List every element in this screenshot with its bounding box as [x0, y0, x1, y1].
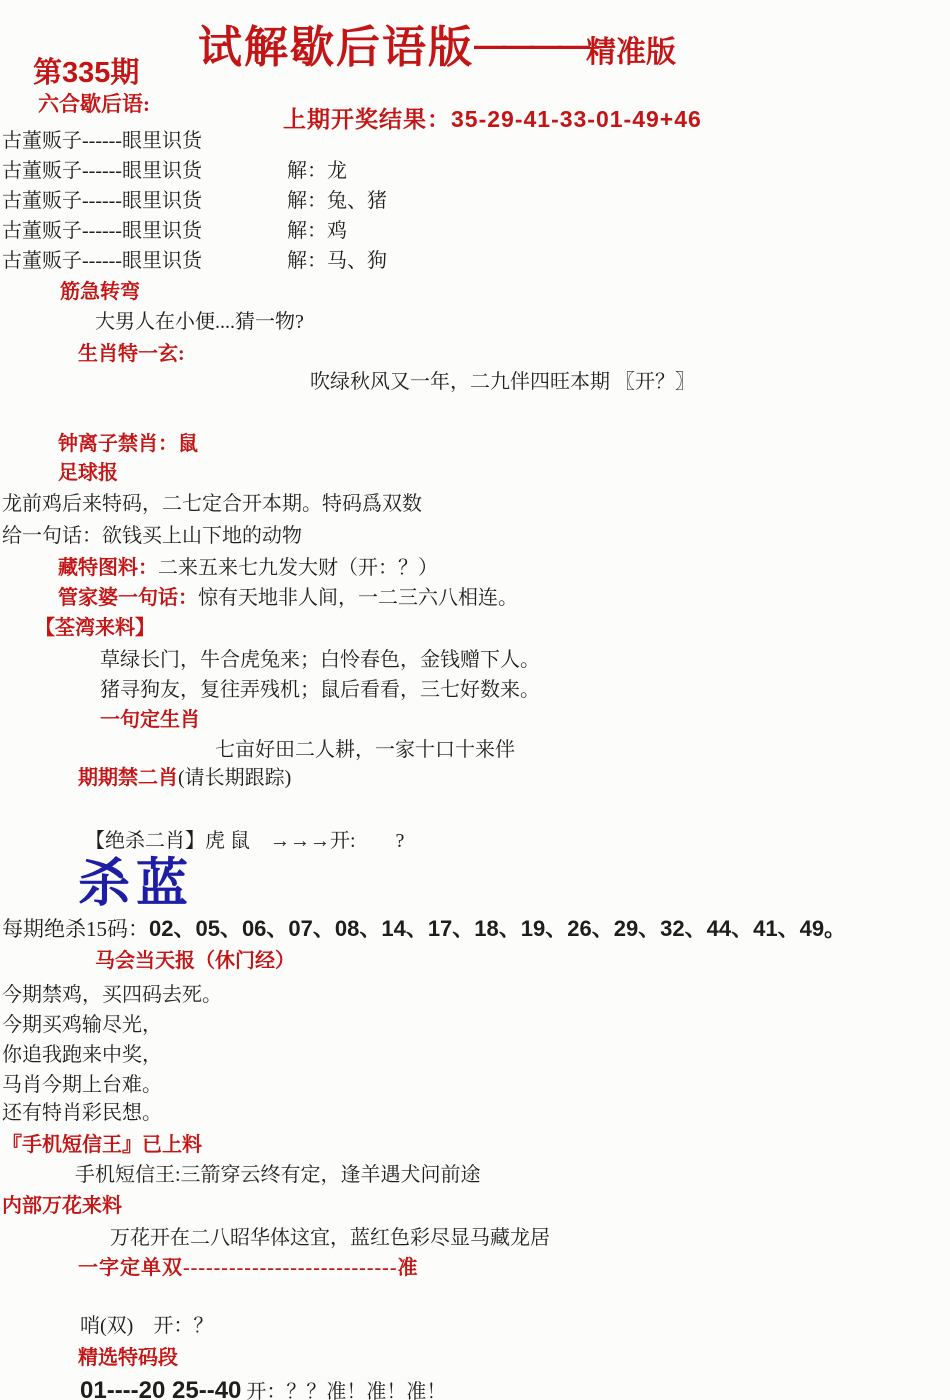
yiju-label: 一句定生肖: [100, 708, 200, 732]
poem-line: 今期禁鸡，买四码去死。: [2, 983, 222, 1007]
guanjiapo-label: 管家婆一句话：: [58, 587, 198, 609]
guanjiapo-line: 管家婆一句话：惊有天地非人间，一二三六八相连。: [58, 586, 518, 610]
issue-number: 第335期: [33, 56, 139, 91]
shao-line: 哨(双) 开：？: [80, 1314, 213, 1338]
neibu-label: 内部万花来料: [2, 1194, 122, 1218]
zuqiubao-label: 足球报: [58, 461, 118, 485]
qiqi-note: (请长期跟踪): [178, 767, 291, 789]
cangte-text: 二来五来七九发大财（开：？）: [158, 557, 438, 579]
yiju-text: 七亩好田二人耕，一家十口十来伴: [215, 738, 515, 762]
quanwan-line2: 猪寻狗友，复往弄残机；鼠后看看，三七好数来。: [100, 678, 540, 702]
poem-line: 今期买鸡输尽光，: [2, 1013, 162, 1037]
quanwan-label: 【荃湾来料】: [35, 616, 155, 640]
title-dash-rule: ————: [474, 27, 586, 63]
guanjiapo-text: 惊有天地非人间，一二三六八相连。: [198, 587, 518, 609]
riddle-answer: 解：龙: [287, 159, 347, 183]
poem-line: 还有特肖彩民想。: [2, 1101, 162, 1125]
riddle-answer: 解：鸡: [287, 219, 347, 243]
jingxuan-label: 精选特码段: [78, 1346, 178, 1370]
riddle-text: 古董贩子------眼里识货: [2, 190, 202, 212]
qiqi-label: 期期禁二肖: [78, 767, 178, 789]
page-title: 试解歇后语版————精准版: [198, 22, 676, 75]
riddle-text: 古董贩子------眼里识货: [2, 130, 202, 152]
page-title-suffix: 精准版: [586, 36, 676, 69]
kill-numbers-line: 每期绝杀15码：02、05、06、07、08、14、17、18、19、26、29…: [2, 916, 846, 942]
juesha-line: 【绝杀二肖】虎 鼠 →→→开: ?: [85, 829, 404, 853]
riddle-row: 古董贩子------眼里识货 解：鸡: [2, 219, 702, 243]
section-liuhe-label: 六合歇后语:: [38, 92, 150, 117]
tip-sheet-page: 试解歇后语版————精准版 第335期 六合歇后语: 上期开奖结果：35-29-…: [0, 0, 950, 1400]
riddle-row: 古董贩子------眼里识货 解：马、狗: [2, 249, 702, 273]
sms-text: 手机短信王:三箭穿云终有定，逢羊遇犬问前途: [75, 1163, 481, 1187]
riddle-text: 古董贩子------眼里识货: [2, 220, 202, 242]
poem-line: 你追我跑来中奖，: [2, 1043, 162, 1067]
riddle-answer: 解：马、狗: [287, 249, 387, 273]
riddle-row: 古董贩子------眼里识货 解：龙: [2, 159, 702, 183]
teaser-question: 大男人在小便....猜一物?: [95, 310, 304, 334]
shengxiao-text: 吹绿秋风又一年，二九伴四旺本期 〖开？〗: [310, 370, 695, 394]
quanwan-line1: 草绿长门，牛合虎兔来；白怜春色，金钱赠下人。: [100, 648, 540, 672]
kill-numbers-label: 每期绝杀15码：: [2, 917, 149, 941]
range-numbers: 01----20 25--40: [80, 1377, 241, 1400]
riddle-row: 古董贩子------眼里识货: [2, 129, 702, 153]
kill-numbers: 02、05、06、07、08、14、17、18、19、26、29、32、44、4…: [149, 916, 846, 941]
riddle-row: 古董贩子------眼里识货 解：兔、猪: [2, 189, 702, 213]
range-rest: 开：？？准！准！准！: [246, 1381, 446, 1400]
neibu-text: 万花开在二八昭华体这宜，蓝红色彩尽显马藏龙居: [110, 1226, 550, 1250]
cangte-line: 藏特图料：二来五来七九发大财（开：？）: [58, 556, 438, 580]
qiqi-line: 期期禁二肖(请长期跟踪): [78, 766, 291, 790]
cangte-label: 藏特图料：: [58, 557, 158, 579]
riddle-answer: 解：兔、猪: [287, 189, 387, 213]
range-line: 01----20 25--40 开：？？准！准！准！: [80, 1377, 446, 1400]
longqian-line: 龙前鸡后来特码，二七定合开本期。特码爲双数: [2, 492, 422, 516]
geiyijuhua-line: 给一句话：欲钱买上山下地的动物: [2, 524, 302, 548]
page-title-main: 试解歇后语版: [198, 23, 474, 72]
shengxiao-label: 生肖特一玄:: [78, 342, 185, 366]
sms-label: 『手机短信王』已上料: [2, 1133, 202, 1157]
kill-blue-title: 杀蓝: [78, 853, 194, 915]
poem-line: 马肖今期上台难。: [2, 1073, 162, 1097]
yizi-line: 一字定单双----------------------------准: [78, 1256, 418, 1280]
teaser-label: 筋急转弯: [60, 280, 140, 304]
riddle-text: 古董贩子------眼里识货: [2, 250, 202, 272]
mahui-label: 马会当天报（休门经）: [95, 949, 295, 973]
riddle-text: 古董贩子------眼里识货: [2, 160, 202, 182]
zhongli-line: 钟离子禁肖：鼠: [58, 432, 198, 456]
